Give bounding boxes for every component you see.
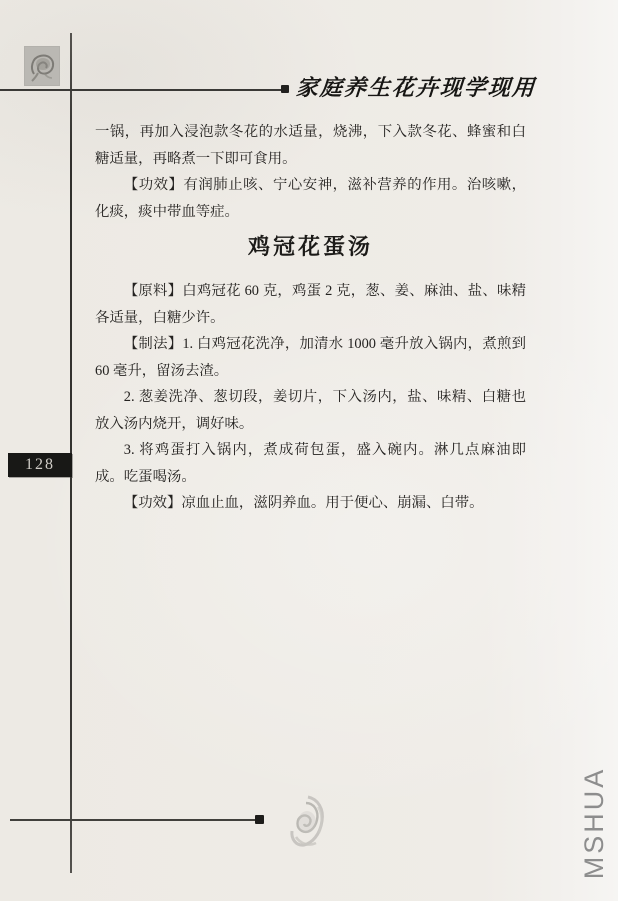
- footer-rule: [10, 819, 258, 821]
- paragraph-zhifa-step2: 2. 葱姜洗净、葱切段，姜切片，下入汤内，盐、味精、白糖也放入汤内烧开，调好味。: [95, 384, 526, 437]
- page-number-badge: 128: [8, 453, 72, 477]
- rose-photo-icon: [24, 46, 60, 86]
- paragraph-yuanliao: 【原料】白鸡冠花 60 克，鸡蛋 2 克，葱、姜、麻油、盐、味精各适量，白糖少许…: [95, 278, 526, 331]
- paragraph-zhifa-step1: 【制法】1. 白鸡冠花洗净，加清水 1000 毫升放入锅内，煮煎到 60 毫升，…: [95, 331, 526, 384]
- header-bullet-icon: [281, 85, 289, 93]
- running-head-title: 家庭养生花卉现学现用: [295, 75, 557, 101]
- header-rule: [0, 89, 283, 91]
- page-body: 一锅，再加入浸泡款冬花的水适量，烧沸，下入款冬花、蜂蜜和白糖适量，再略煮一下即可…: [95, 119, 526, 517]
- book-page: 家庭养生花卉现学现用 一锅，再加入浸泡款冬花的水适量，烧沸，下入款冬花、蜂蜜和白…: [0, 0, 618, 901]
- page-number: 128: [25, 456, 55, 473]
- paragraph-gongxiao-2: 【功效】凉血止血，滋阴养血。用于便心、崩漏、白带。: [95, 490, 526, 517]
- paragraph-continued: 一锅，再加入浸泡款冬花的水适量，烧沸，下入款冬花、蜂蜜和白糖适量，再略煮一下即可…: [95, 119, 526, 172]
- recipe-title: 鸡冠花蛋汤: [95, 232, 526, 261]
- watermark-text: MSHUA: [576, 763, 612, 883]
- footer-bullet-icon: [255, 815, 264, 824]
- rose-sketch-icon: [284, 793, 332, 851]
- paragraph-gongxiao-1: 【功效】有润肺止咳、宁心安神，滋补营养的作用。治咳嗽，化痰，痰中带血等症。: [95, 172, 526, 225]
- paragraph-zhifa-step3: 3. 将鸡蛋打入锅内，煮成荷包蛋，盛入碗内。淋几点麻油即成。吃蛋喝汤。: [95, 437, 526, 490]
